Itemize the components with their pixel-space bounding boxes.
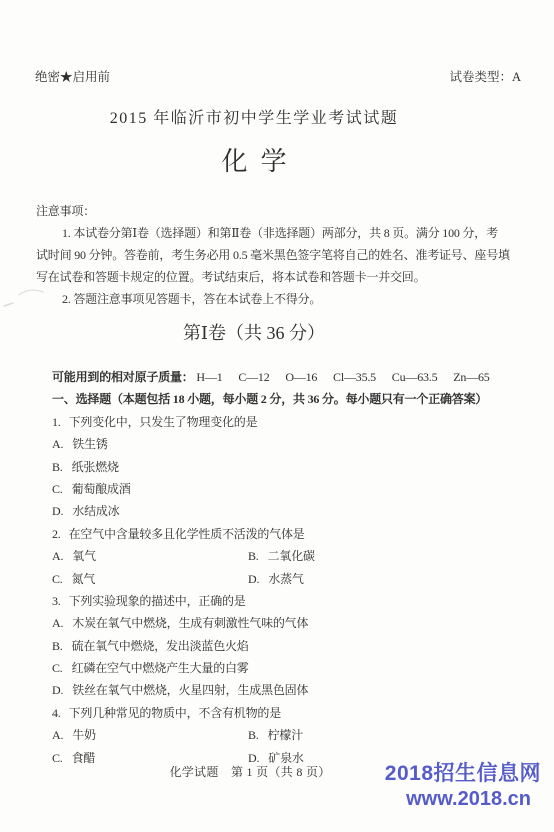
part1-heading: 第Ⅰ卷（共 36 分）: [0, 319, 508, 345]
question-number: 4.: [52, 706, 61, 720]
notice-heading: 注意事项：: [36, 200, 524, 222]
question-area: 可能用到的相对原子质量： H—1 C—12 O—16 Cl—35.5 Cu—63…: [52, 366, 554, 769]
subject-title: 化 学: [0, 141, 508, 178]
exam-title: 2015 年临沂市初中学生学业考试试题: [0, 105, 508, 128]
option-label: A.: [52, 728, 63, 742]
watermark-site-url: www.2018.cn: [385, 787, 541, 811]
option-text: 红磷在空气中燃烧产生大量的白雾: [72, 661, 249, 675]
question-3-option-a: A.木炭在氧气中燃烧，生成有刺激性气味的气体: [52, 612, 554, 634]
question-number: 1.: [52, 415, 61, 429]
option-label: A.: [52, 437, 63, 451]
option-label: B.: [248, 549, 259, 563]
question-1-stem: 1.下列变化中，只发生了物理变化的是: [52, 411, 554, 433]
multiple-choice-heading: 一、选择题（本题包括 18 小题，每小题 2 分，共 36 分。每小题只有一个正…: [52, 388, 554, 410]
watermark: 2018招生信息网 www.2018.cn: [385, 761, 541, 811]
exam-paper-page: 绝密★启用前 试卷类型：A 2015 年临沂市初中学生学业考试试题 化 学 注意…: [0, 0, 554, 832]
option-text: 木炭在氧气中燃烧，生成有刺激性气味的气体: [72, 616, 308, 630]
atomic-mass-o: O—16: [285, 370, 317, 384]
option-label: A.: [52, 549, 63, 563]
question-3-stem: 3.下列实验现象的描述中，正确的是: [52, 590, 554, 612]
atomic-mass-cl: Cl—35.5: [333, 370, 376, 384]
notice-line-3: 写在试卷和答题卡规定的位置。考试结束后，将本试卷和答题卡一并交回。: [36, 266, 524, 288]
notice-line-4: 2. 答题注意事项见答题卡，答在本试卷上不得分。: [36, 288, 524, 310]
atomic-mass-c: C—12: [238, 370, 269, 384]
option-label: B.: [52, 460, 63, 474]
option-text: 氮气: [72, 572, 96, 586]
question-1-option-b: B.纸张燃烧: [52, 456, 554, 478]
question-3-option-b: B.硫在氧气中燃烧，发出淡蓝色火焰: [52, 635, 554, 657]
question-1-option-d: D.水结成冰: [52, 500, 554, 522]
atomic-mass-line: 可能用到的相对原子质量： H—1 C—12 O—16 Cl—35.5 Cu—63…: [52, 366, 554, 388]
header-meta-row: 绝密★启用前 试卷类型：A: [0, 0, 554, 85]
option-label: C.: [52, 572, 63, 586]
atomic-mass-zn: Zn—65: [453, 370, 489, 384]
option-label: C.: [52, 661, 63, 675]
option-text: 水蒸气: [268, 572, 303, 586]
question-text: 在空气中含量较多且化学性质不活泼的气体是: [69, 527, 305, 541]
question-number: 2.: [52, 527, 61, 541]
option-text: 硫在氧气中燃烧，发出淡蓝色火焰: [72, 639, 249, 653]
question-2-stem: 2.在空气中含量较多且化学性质不活泼的气体是: [52, 523, 554, 545]
question-2-options-row-1: A.氧气 B.二氧化碳: [52, 545, 554, 567]
question-4-option-b: B.柠檬汁: [248, 724, 554, 746]
option-label: B.: [52, 639, 63, 653]
atomic-mass-h: H—1: [196, 370, 222, 384]
question-3-option-d: D.铁丝在氧气中燃烧，火星四射，生成黑色固体: [52, 679, 554, 701]
paper-type-label: 试卷类型：A: [449, 70, 521, 85]
question-number: 3.: [52, 594, 61, 608]
question-3-option-c: C.红磷在空气中燃烧产生大量的白雾: [52, 657, 554, 679]
option-label: D.: [248, 572, 259, 586]
option-text: 二氧化碳: [268, 549, 315, 563]
option-label: C.: [52, 482, 63, 496]
option-text: 纸张燃烧: [72, 460, 119, 474]
question-4-options-row-1: A.牛奶 B.柠檬汁: [52, 724, 554, 746]
question-text: 下列变化中，只发生了物理变化的是: [69, 415, 258, 429]
question-4-stem: 4.下列几种常见的物质中，不含有机物的是: [52, 702, 554, 724]
option-label: A.: [52, 616, 63, 630]
question-1-option-a: A.铁生锈: [52, 433, 554, 455]
atomic-mass-prefix: 可能用到的相对原子质量：: [52, 370, 194, 384]
question-2-option-c: C.氮气: [52, 568, 248, 590]
question-text: 下列几种常见的物质中，不含有机物的是: [69, 706, 281, 720]
pencil-scratch-mark: [2, 285, 48, 313]
option-text: 牛奶: [72, 728, 96, 742]
question-2-option-b: B.二氧化碳: [248, 545, 554, 567]
question-2-options-row-2: C.氮气 D.水蒸气: [52, 568, 554, 590]
option-label: D.: [52, 504, 63, 518]
watermark-site-name: 2018招生信息网: [385, 761, 541, 787]
notice-line-2: 试时间 90 分钟。答卷前，考生务必用 0.5 毫米黑色签字笔将自己的姓名、准考…: [36, 244, 524, 266]
security-label: 绝密★启用前: [35, 70, 110, 85]
question-1-option-c: C.葡萄酿成酒: [52, 478, 554, 500]
option-label: B.: [248, 728, 259, 742]
option-text: 葡萄酿成酒: [72, 482, 131, 496]
option-text: 铁生锈: [72, 437, 107, 451]
notice-section: 注意事项： 1. 本试卷分第Ⅰ卷（选择题）和第Ⅱ卷（非选择题）两部分，共 8 页…: [36, 200, 524, 310]
atomic-mass-cu: Cu—63.5: [392, 370, 438, 384]
option-label: D.: [52, 683, 63, 697]
option-text: 铁丝在氧气中燃烧，火星四射，生成黑色固体: [72, 683, 308, 697]
notice-line-1: 1. 本试卷分第Ⅰ卷（选择题）和第Ⅱ卷（非选择题）两部分，共 8 页。满分 10…: [36, 222, 524, 244]
question-2-option-d: D.水蒸气: [248, 568, 554, 590]
option-text: 氧气: [72, 549, 96, 563]
option-text: 水结成冰: [72, 504, 119, 518]
option-text: 柠檬汁: [268, 728, 303, 742]
question-4-option-a: A.牛奶: [52, 724, 248, 746]
question-2-option-a: A.氧气: [52, 545, 248, 567]
question-text: 下列实验现象的描述中，正确的是: [69, 594, 246, 608]
